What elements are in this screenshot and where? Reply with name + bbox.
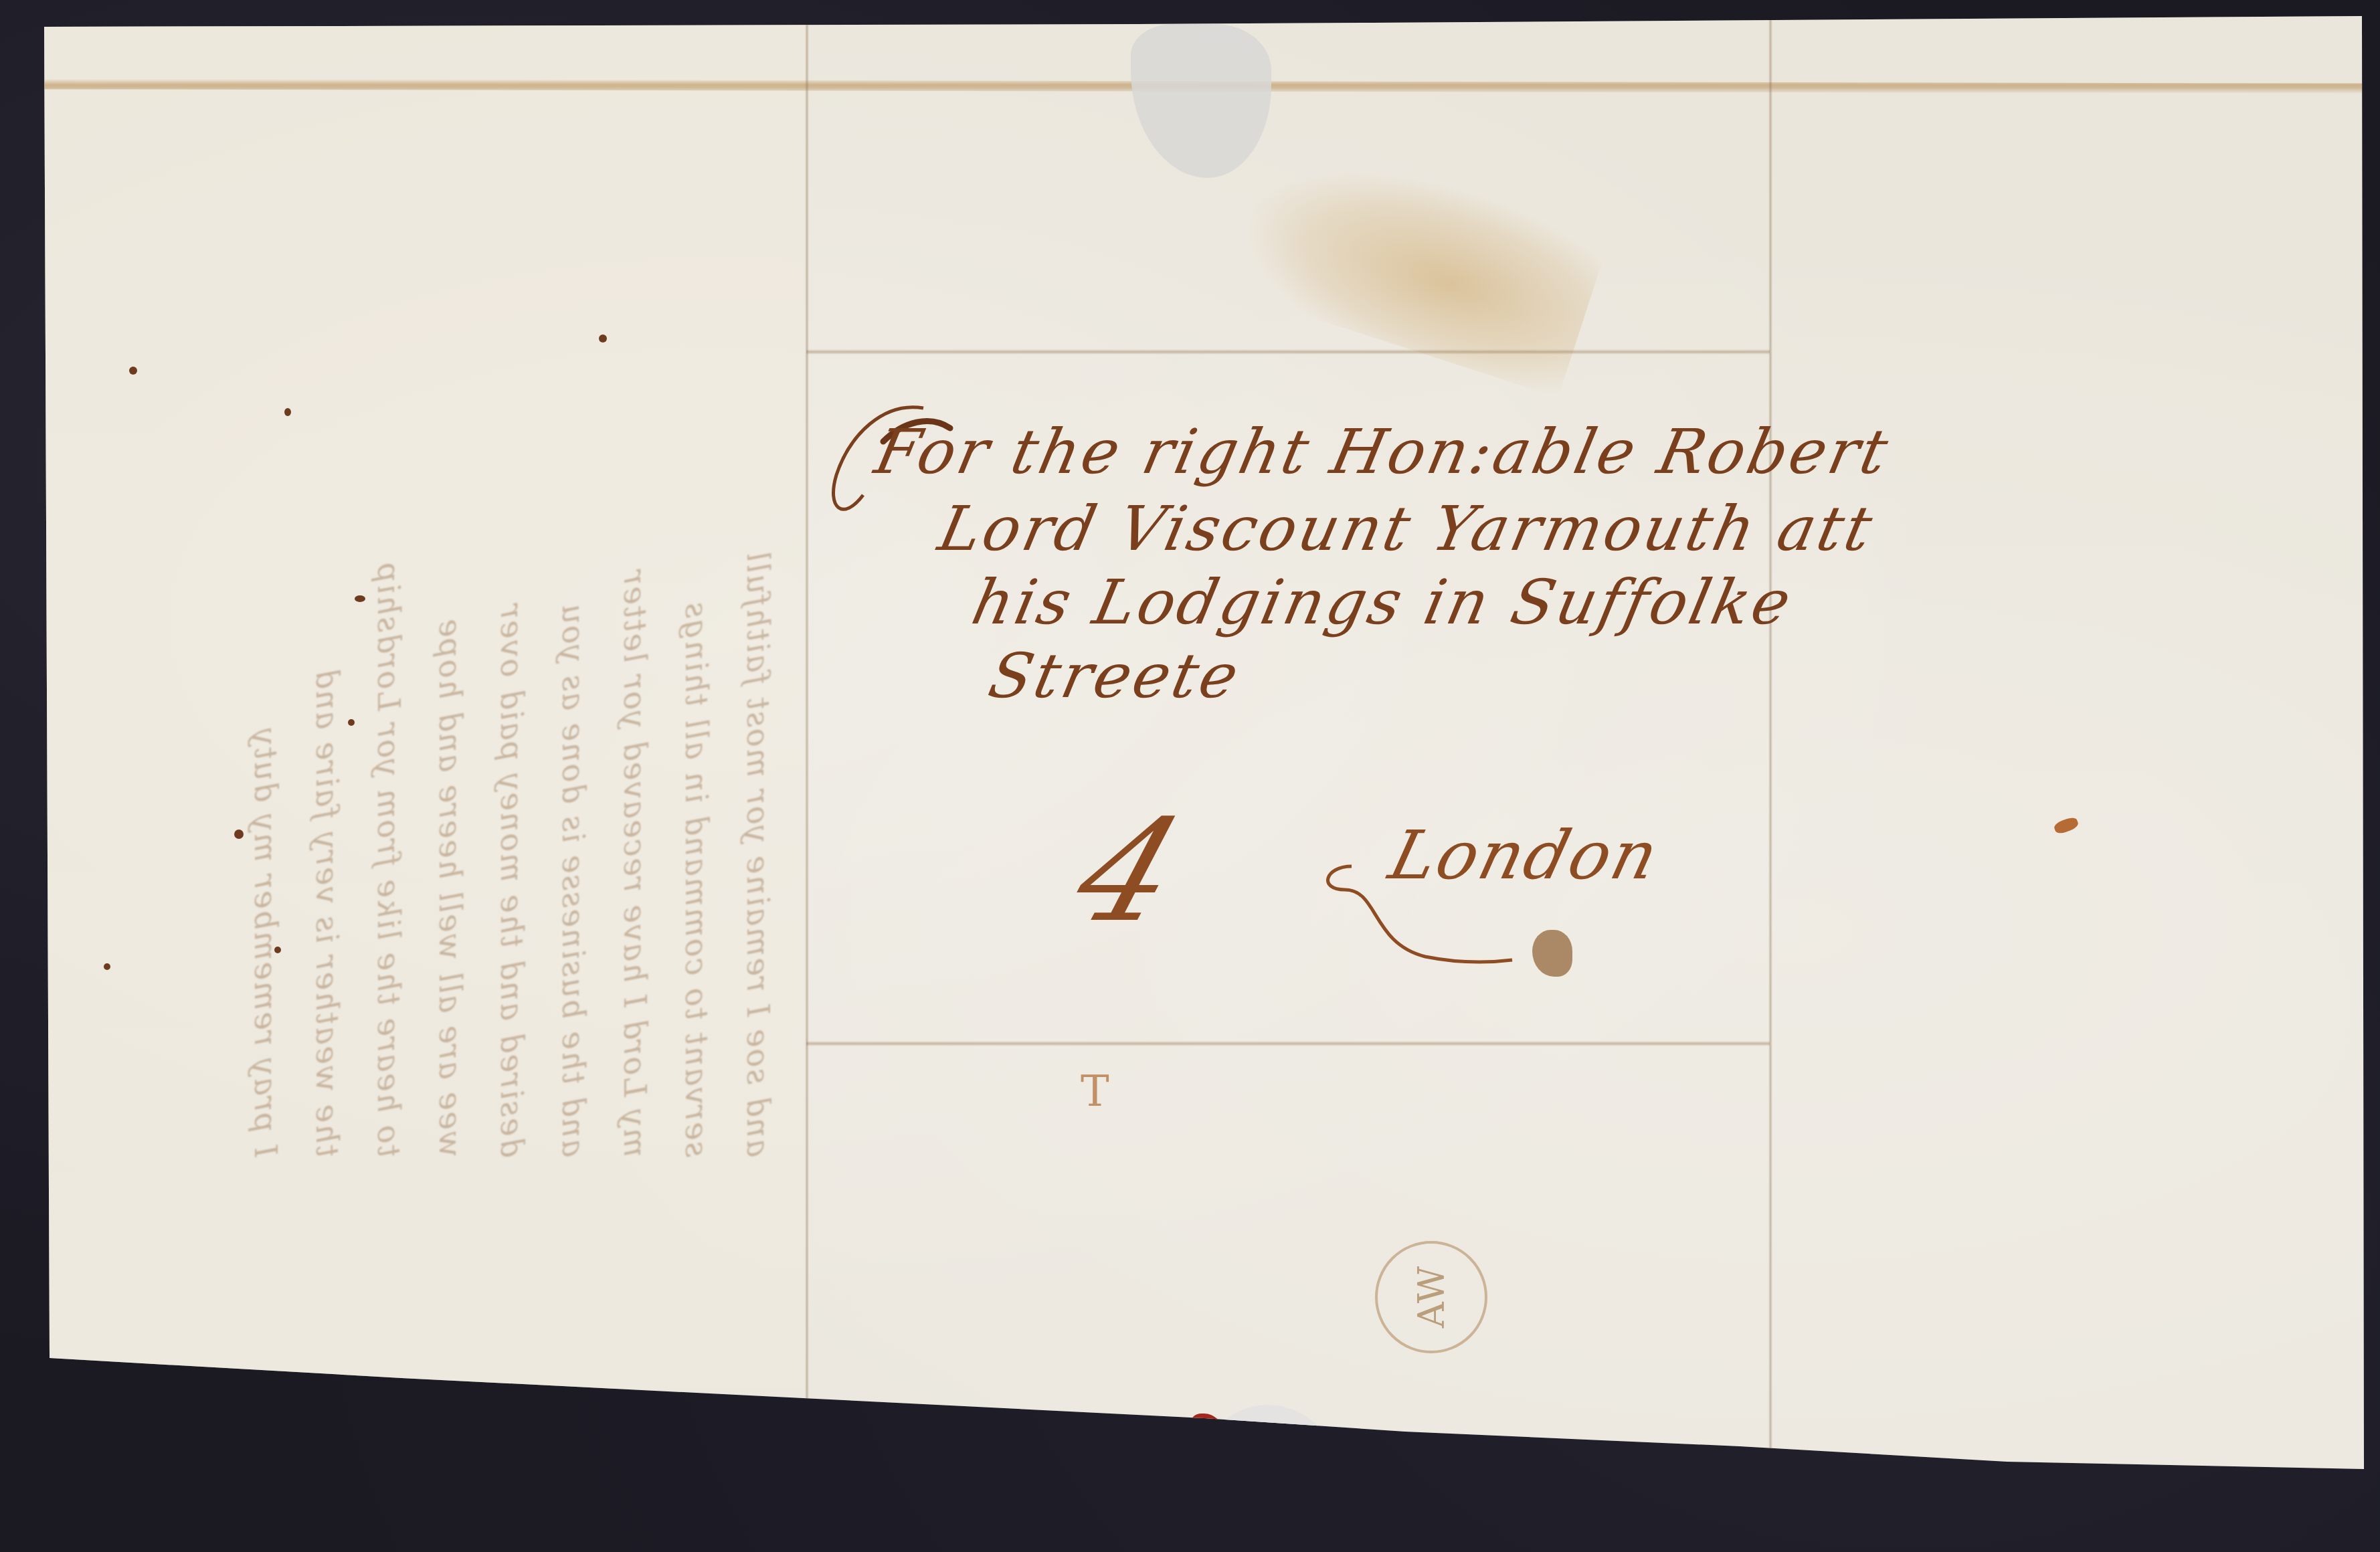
showthrough-column: and the businesse is done as you bbox=[555, 321, 591, 1157]
address-line-4: Streete bbox=[984, 646, 1246, 707]
postmark-town: London bbox=[1382, 816, 1667, 894]
address-line-1: For the right Hon:able Robert bbox=[870, 421, 1895, 483]
ink-spot bbox=[599, 334, 607, 343]
ink-spot bbox=[284, 408, 291, 416]
fold-line-vertical-right bbox=[1768, 20, 1772, 1465]
ink-spot bbox=[234, 830, 244, 839]
address-line-3: his Lodgings in Suffolke bbox=[967, 572, 1798, 634]
showthrough-column: my Lord I have receaved yor letter bbox=[617, 321, 653, 1157]
showthrough-column: desired and the money paid over bbox=[494, 321, 530, 1157]
fold-line-horizontal-bottom bbox=[806, 1041, 1770, 1046]
mirrored-showthrough-text: and soe I remaine yor most faithfull ser… bbox=[107, 321, 776, 1157]
showthrough-column: and soe I remaine yor most faithfull bbox=[740, 321, 776, 1157]
showthrough-column: I pray remember my duty bbox=[248, 321, 284, 1157]
showthrough-column: servant to command in all things bbox=[678, 321, 715, 1157]
stamp-mark: AW bbox=[1410, 1266, 1453, 1328]
fold-line-horizontal-top bbox=[806, 349, 1770, 355]
ink-spot bbox=[104, 963, 110, 970]
address-line-2: Lord Viscount Yarmouth att bbox=[933, 498, 1880, 560]
ink-spot bbox=[355, 595, 365, 602]
showthrough-column: the weather is very faire and bbox=[309, 321, 345, 1157]
letter-sheet: and soe I remaine yor most faithfull ser… bbox=[0, 0, 2380, 1552]
showthrough-column: wee are all well heere and hope bbox=[432, 321, 468, 1157]
fold-line-vertical-left bbox=[805, 24, 809, 1429]
showthrough-column: to heare the like from yor Lordship bbox=[371, 321, 407, 1157]
ink-spot bbox=[129, 367, 137, 375]
small-ink-mark: T bbox=[1081, 1067, 1109, 1117]
ink-spot bbox=[274, 947, 281, 953]
circular-stamp: AW bbox=[1375, 1241, 1487, 1353]
ink-spot bbox=[348, 719, 355, 726]
